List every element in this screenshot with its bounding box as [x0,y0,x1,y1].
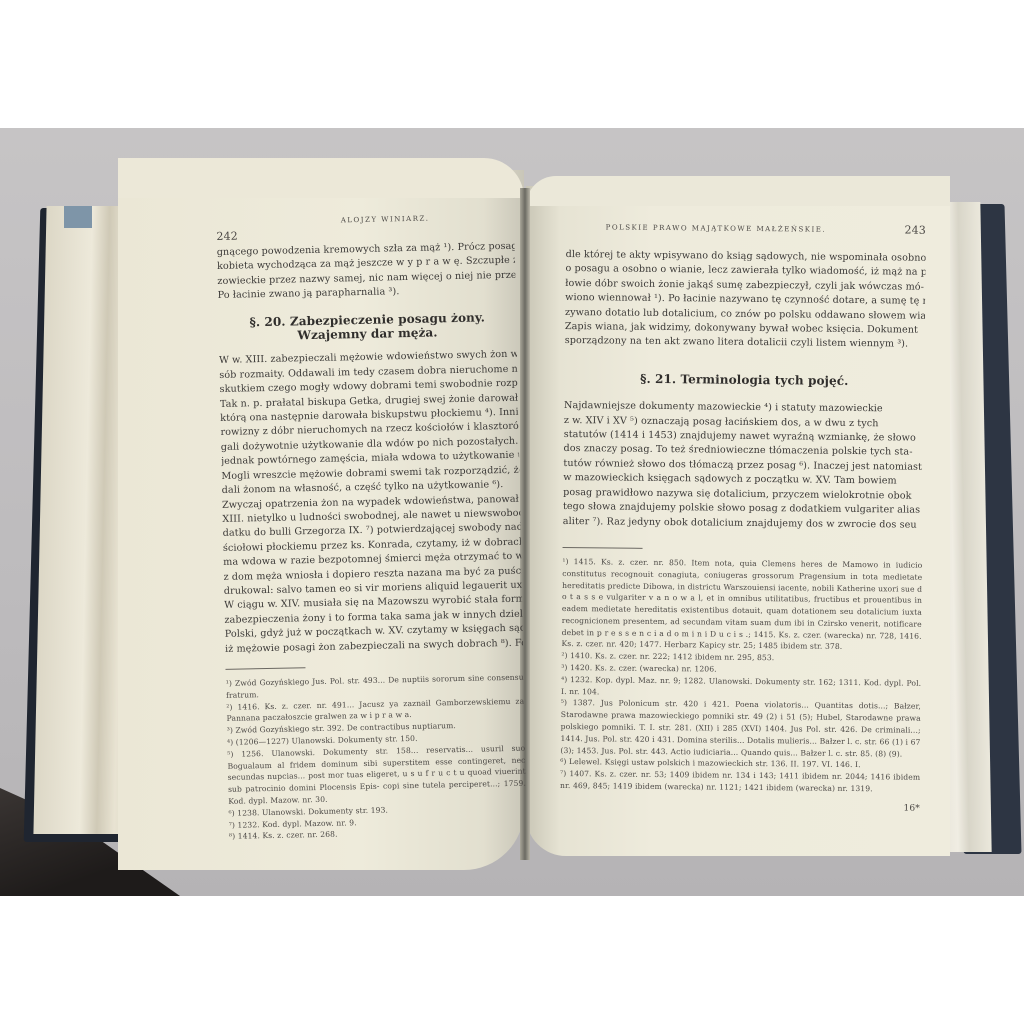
footnote-rule [563,547,643,549]
section-20-title: §. 20. Zabezpieczenie posagu żony. Wzaje… [218,309,517,344]
left-intro-paragraph: gnącego powodzenia kremowych szła za mąż… [217,240,516,304]
footnote-item: ⁵) 1387. Jus Polonicum str. 420 i 421. P… [560,697,921,760]
footnote-item: ⁵) 1256. Ulanowski. Dokumenty str. 158..… [227,742,526,807]
footnote-rule [225,667,305,670]
section-21-title: §. 21. Terminologia tych pojęć. [564,371,924,389]
right-page-number: 243 [905,224,926,239]
footnote-item: ⁷) 1407. Ks. z. czer. nr. 53; 1409 ibide… [560,768,920,795]
left-footnotes: ¹) Zwód Gozyńskiego Jus. Pol. str. 493..… [226,672,527,843]
left-page-text: ALOJZY WINIARZ. 242 gnącego powodzenia k… [216,210,527,843]
text-line: aliter ⁷). Raz jedyny obok dotalicium zn… [563,514,923,532]
right-running-head: POLSKIE PRAWO MAJĄTKOWE MAŁŻEŃSKIE. [566,220,866,238]
footnote-item: ¹) 1415. Ks. z. czer. nr. 850. Item nota… [561,556,922,654]
right-body-paragraph: Najdawniejsze dokumenty mazowieckie ⁴) i… [563,399,924,532]
text-line: sporządzony na ten akt zwano litera dota… [565,334,925,352]
left-body-paragraph: W w. XIII. zabezpieczali mężowie wdowień… [219,348,523,657]
right-page-text: POLSKIE PRAWO MAJĄTKOWE MAŁŻEŃSKIE. 243 … [560,218,926,816]
left-page-number: 242 [216,230,238,245]
right-footnotes: ¹) 1415. Ks. z. czer. nr. 850. Item nota… [560,556,922,796]
cover-corner-left [64,206,92,228]
right-intro-paragraph: dle której te akty wpisywano do ksiąg są… [565,248,926,353]
